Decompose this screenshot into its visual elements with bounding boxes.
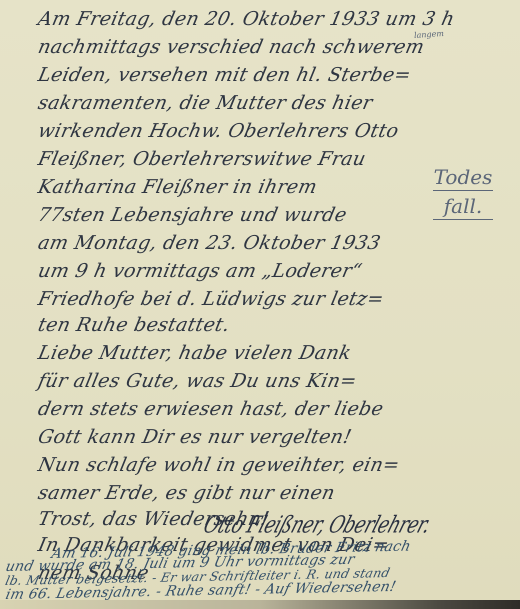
entry-line-11: Friedhofe bei d. Lüdwigs zur letz=: [36, 288, 386, 310]
entry-line-16: Gott kann Dir es nur vergelten!: [36, 426, 354, 448]
entry-line-18: samer Erde, es gibt nur einen: [36, 482, 337, 504]
entry-line-2: nachmittags verschied nach schwerem: [36, 36, 426, 58]
entry-line-12: ten Ruhe bestattet.: [36, 314, 232, 336]
signature: Otto Fleißner, Oberlehrer.: [200, 512, 434, 539]
page-edge-shadow: [0, 600, 520, 609]
entry-line-7: Katharina Fleißner in ihrem: [36, 176, 319, 198]
margin-note-line-1: Todes: [433, 164, 493, 191]
entry-line-10: um 9 h vormittags am „Loderer“: [36, 260, 364, 282]
entry-line-8: 77sten Lebensjahre und wurde: [36, 204, 349, 226]
entry-line-9: am Montag, den 23. Oktober 1933: [36, 232, 383, 254]
margin-note: Todes fall.: [432, 164, 494, 222]
entry-line-1: Am Freitag, den 20. Oktober 1933 um 3 h: [36, 8, 457, 30]
entry-line-4: sakramenten, die Mutter des hier: [36, 92, 375, 114]
entry-line-6: Fleißner, Oberlehrerswitwe Frau: [36, 148, 368, 170]
entry-line-15: dern stets erwiesen hast, der liebe: [36, 398, 386, 420]
entry-line-17: Nun schlafe wohl in geweihter, ein=: [36, 454, 402, 476]
entry-line-3: Leiden, versehen mit den hl. Sterbe=: [36, 64, 413, 86]
margin-note-line-2: fall.: [433, 193, 493, 220]
entry-line-13: Liebe Mutter, habe vielen Dank: [36, 342, 353, 364]
entry-line-5: wirkenden Hochw. Oberlehrers Otto: [36, 120, 401, 142]
entry-line-14: für alles Gute, was Du uns Kin=: [36, 370, 359, 392]
handwritten-page: Am Freitag, den 20. Oktober 1933 um 3 h …: [0, 0, 520, 600]
